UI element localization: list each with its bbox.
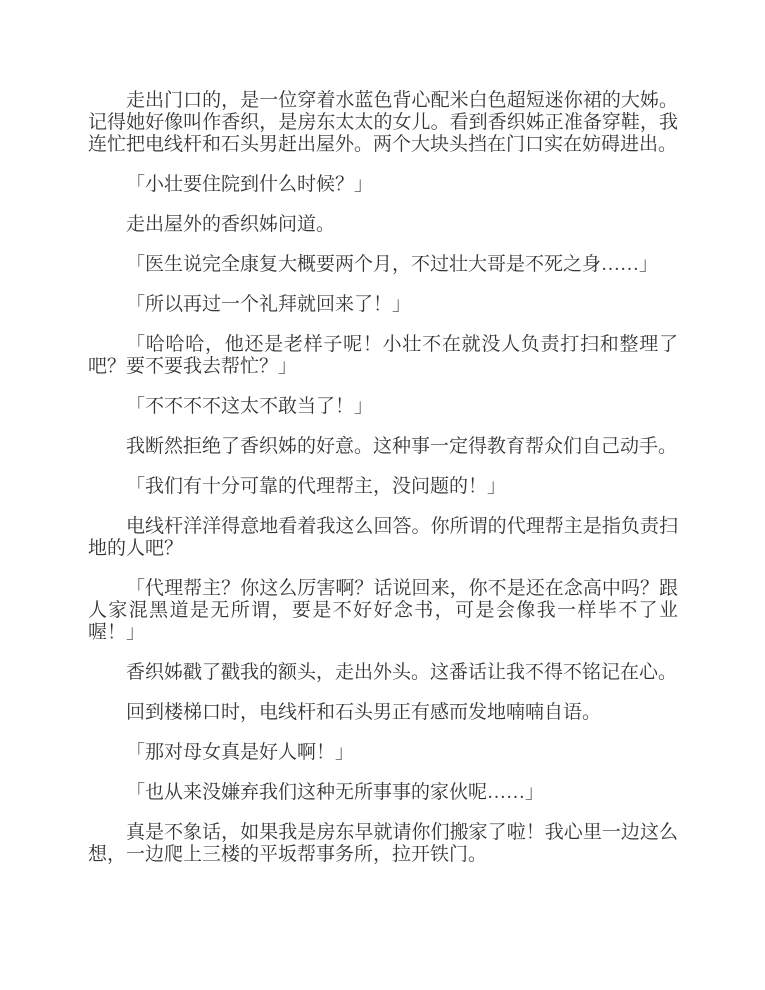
paragraph: 走出屋外的香织姊问道。 xyxy=(88,214,678,236)
paragraph: 我断然拒绝了香织姊的好意。这种事一定得教育帮众们自己动手。 xyxy=(88,436,678,458)
paragraph: 真是不象话，如果我是房东早就请你们搬家了啦！我心里一边这么想，一边爬上三楼的平坂… xyxy=(88,822,678,866)
paragraph: 「不不不不这太不敢当了！」 xyxy=(88,396,678,418)
paragraph: 电线杆洋洋得意地看着我这么回答。你所谓的代理帮主是指负责扫地的人吧？ xyxy=(88,516,678,560)
paragraph: 「也从来没嫌弃我们这种无所事事的家伙呢……」 xyxy=(88,782,678,804)
text-body: 走出门口的，是一位穿着水蓝色背心配米白色超短迷你裙的大姊。记得她好像叫作香织，是… xyxy=(88,90,678,866)
document-page: 走出门口的，是一位穿着水蓝色背心配米白色超短迷你裙的大姊。记得她好像叫作香织，是… xyxy=(0,0,765,990)
paragraph: 回到楼梯口时，电线杆和石头男正有感而发地喃喃自语。 xyxy=(88,702,678,724)
paragraph: 「哈哈哈，他还是老样子呢！小壮不在就没人负责打扫和整理了吧？要不要我去帮忙？」 xyxy=(88,334,678,378)
paragraph: 香织姊戳了戳我的额头，走出外头。这番话让我不得不铭记在心。 xyxy=(88,662,678,684)
paragraph: 「那对母女真是好人啊！」 xyxy=(88,742,678,764)
paragraph: 「代理帮主？你这么厉害啊？话说回来，你不是还在念高中吗？跟人家混黑道是无所谓，要… xyxy=(88,578,678,644)
paragraph: 「所以再过一个礼拜就回来了！」 xyxy=(88,294,678,316)
paragraph: 走出门口的，是一位穿着水蓝色背心配米白色超短迷你裙的大姊。记得她好像叫作香织，是… xyxy=(88,90,678,156)
paragraph: 「小壮要住院到什么时候？」 xyxy=(88,174,678,196)
paragraph: 「我们有十分可靠的代理帮主，没问题的！」 xyxy=(88,476,678,498)
paragraph: 「医生说完全康复大概要两个月，不过壮大哥是不死之身……」 xyxy=(88,254,678,276)
